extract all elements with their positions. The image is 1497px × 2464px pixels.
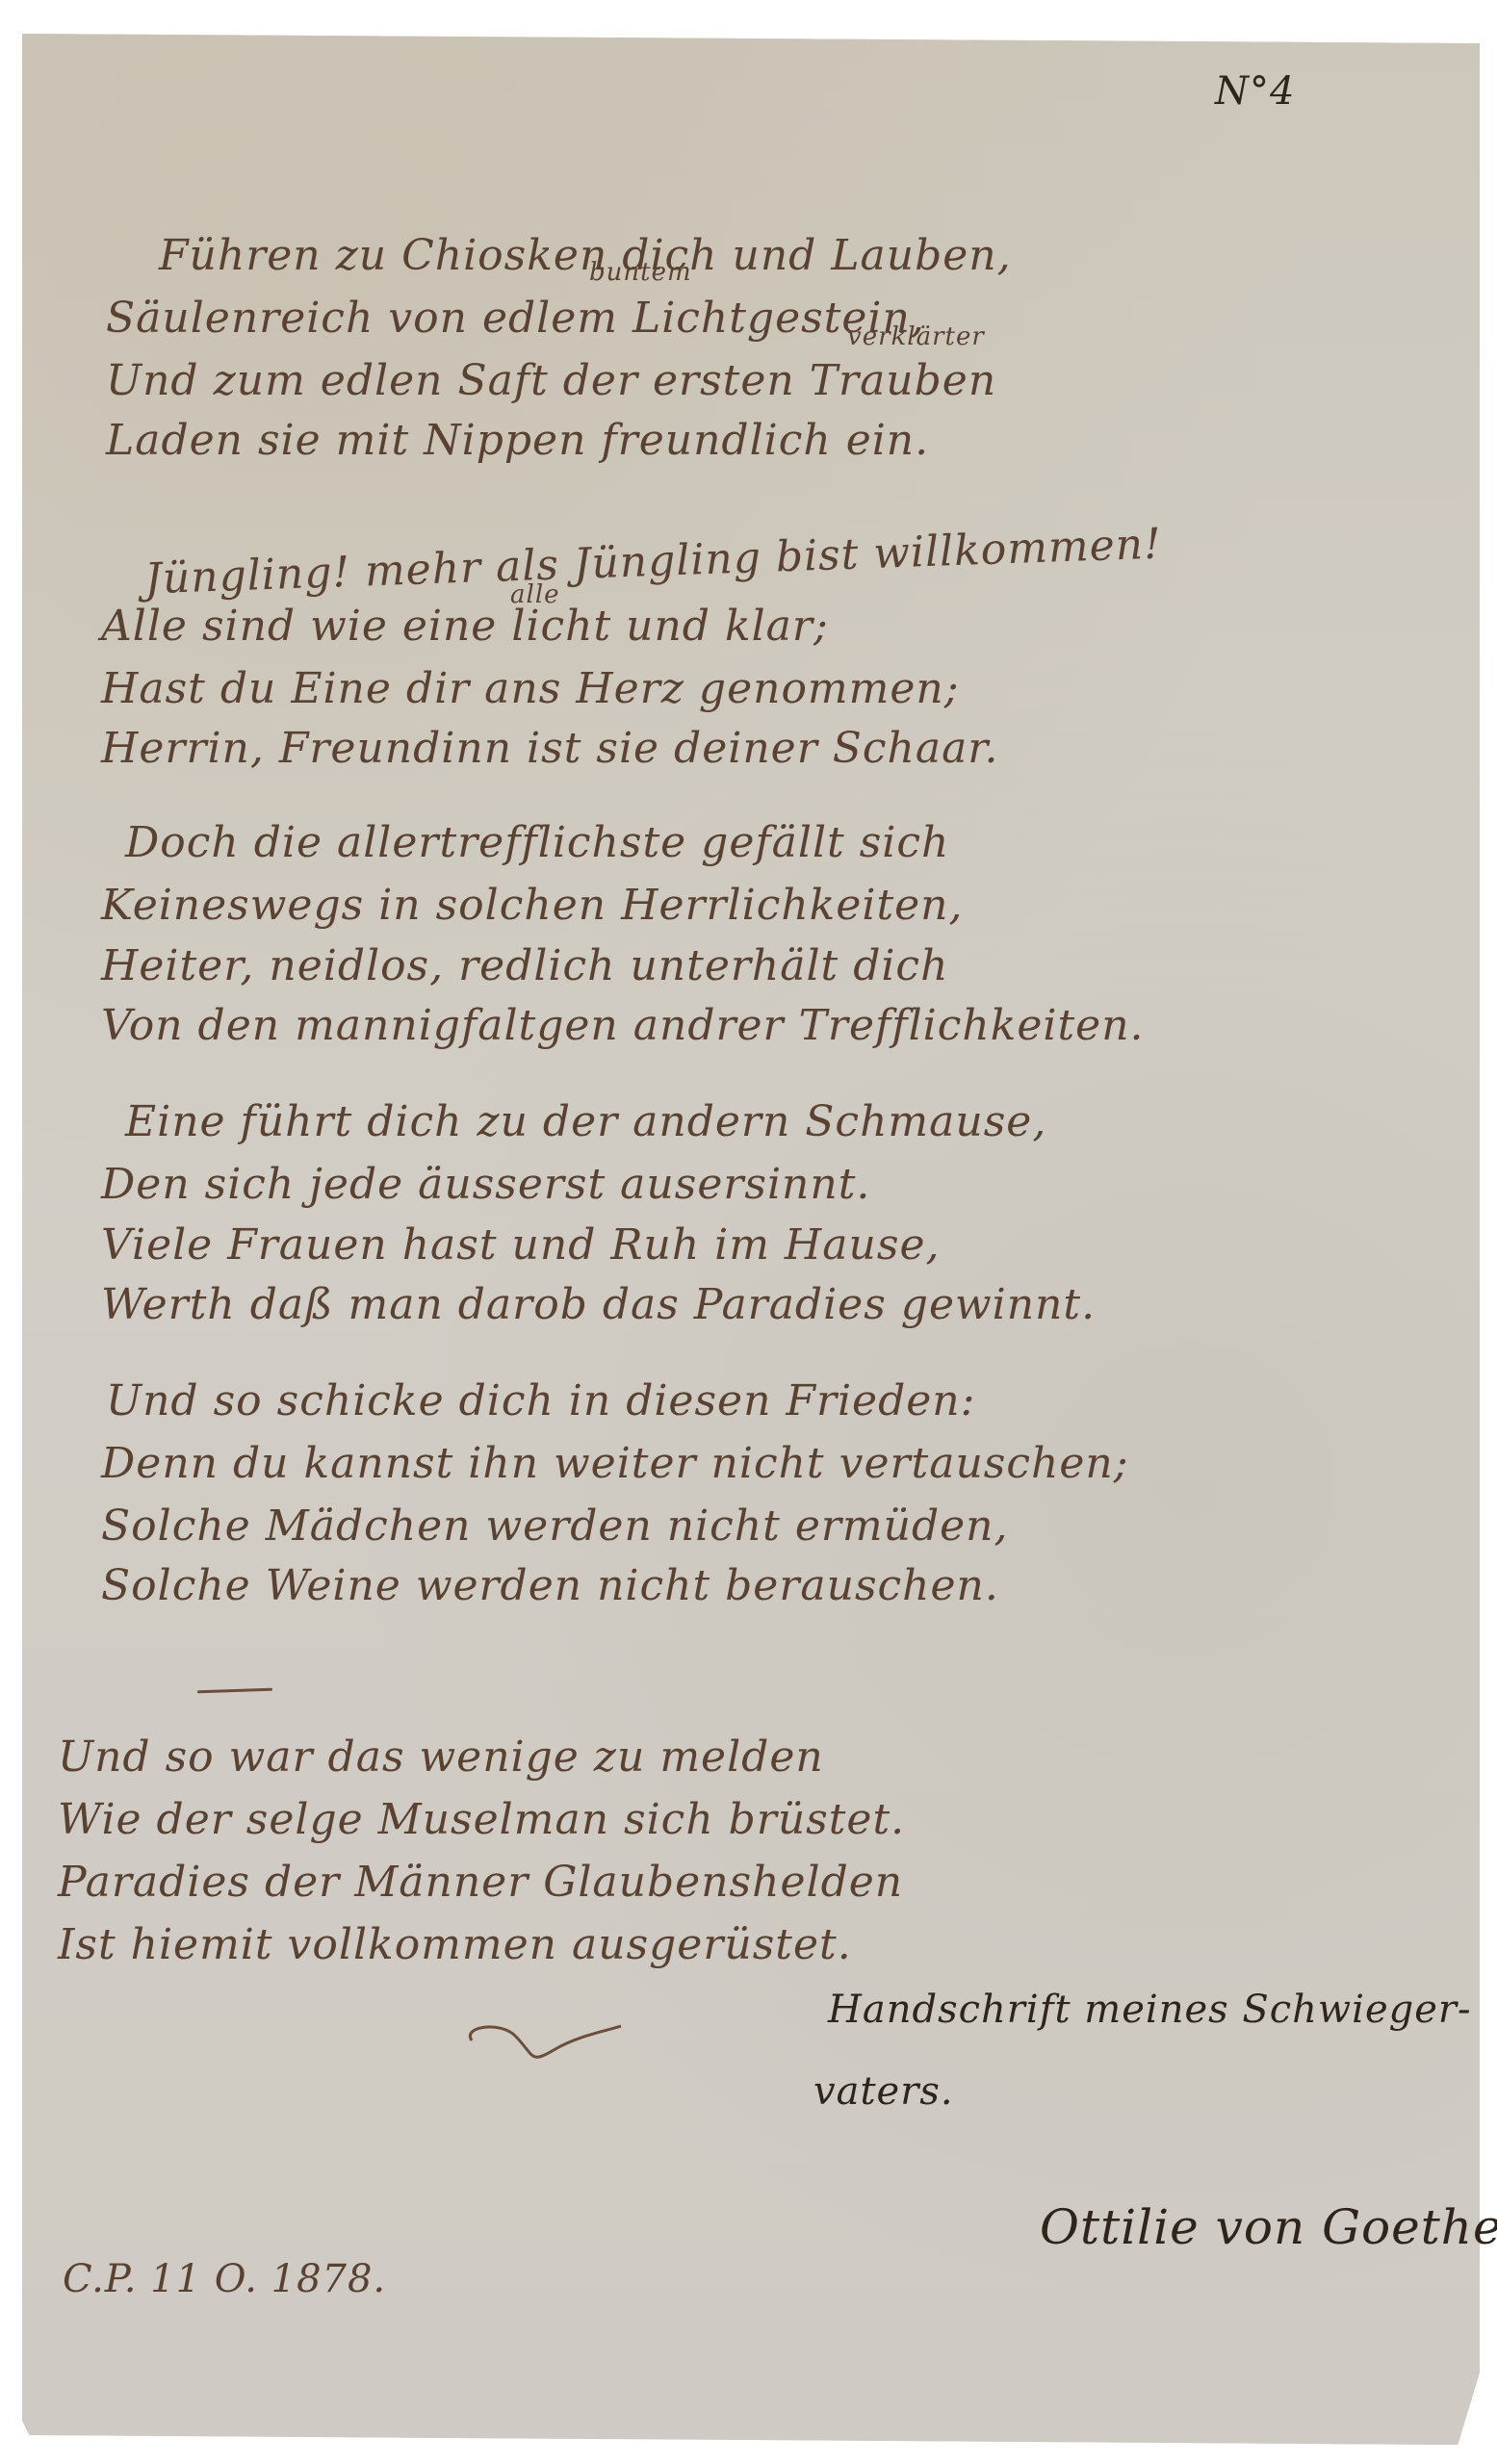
poem-line: Paradies der Männer Glaubenshelden (58, 1858, 903, 1907)
insertion-correction: verklärter (847, 322, 985, 351)
date-note: C.P. 11 O. 1878. (63, 2257, 386, 2301)
poem-line: Denn du kannst ihn weiter nicht vertausc… (101, 1439, 1129, 1488)
poem-line: Und so schicke dich in diesen Frieden: (106, 1376, 975, 1425)
annotation-line-2: vaters. (813, 2069, 954, 2114)
poem-line: Solche Mädchen werden nicht ermüden, (101, 1501, 1009, 1551)
poem-line: Säulenreich von edlem Lichtgestein, (106, 294, 925, 343)
poem-line: Laden sie mit Nippen freundlich ein. (106, 416, 929, 465)
poem-line: Führen zu Chiosken dich und Lauben, (159, 231, 1012, 280)
poem-line: Solche Weine werden nicht berauschen. (101, 1561, 999, 1610)
poem-line: Eine führt dich zu der andern Schmause, (125, 1097, 1046, 1146)
poem-line: Keineswegs in solchen Herrlichkeiten, (101, 881, 964, 930)
flourish-stroke-icon (462, 2002, 626, 2060)
annotation-line-1: Handschrift meines Schwieger- (828, 1988, 1472, 2032)
signature: Ottilie von Goethe (1040, 2199, 1497, 2255)
insertion-correction: buntem (589, 258, 692, 287)
poem-line: Doch die allertrefflichste gefällt sich (125, 818, 949, 867)
poem-line: Werth daß man darob das Paradies gewinnt… (101, 1280, 1096, 1329)
poem-line: Viele Frauen hast und Ruh im Hause, (101, 1220, 940, 1270)
poem-line: Wie der selge Muselman sich brüstet. (58, 1795, 905, 1844)
poem-line: Herrin, Freundinn ist sie deiner Schaar. (101, 724, 998, 773)
poem-line: Hast du Eine dir ans Herz genommen; (101, 664, 960, 713)
poem-line: Und zum edlen Saft der ersten Trauben (106, 356, 996, 405)
page-number-label: N°4 (1215, 69, 1295, 114)
poem-line: Und so war das wenige zu melden (58, 1732, 824, 1782)
poem-line: Heiter, neidlos, redlich unterhält dich (101, 941, 948, 990)
poem-line: Von den mannigfaltgen andrer Trefflichke… (101, 1001, 1145, 1050)
poem-line: Ist hiemit vollkommen ausgerüstet. (58, 1920, 852, 1969)
poem-line: Alle sind wie eine licht und klar; (101, 602, 829, 651)
poem-line: Den sich jede äusserst ausersinnt. (101, 1160, 870, 1209)
